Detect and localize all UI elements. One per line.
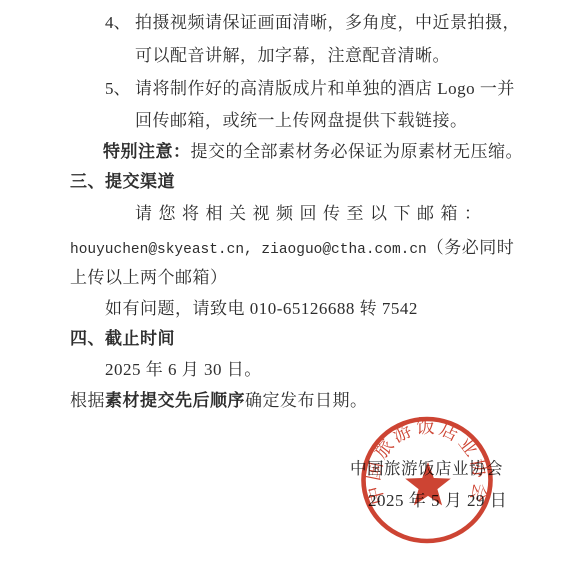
section-3-intro: 请您将相关视频回传至以下邮箱：	[135, 203, 488, 225]
special-note-line: 特别注意：提交的全部素材务必保证为原素材无压缩。	[103, 141, 523, 163]
phone-line: 如有问题，请致电 010-65126688 转 7542	[105, 298, 418, 320]
official-seal-stamp: 中国旅游饭店业协会	[354, 409, 504, 554]
list-item-5-text: 请将制作好的高清版成片和单独的酒店 Logo 一并	[135, 79, 515, 98]
list-item-4-line-2: 可以配音讲解，加字幕，注意配音清晰。	[135, 45, 450, 67]
email-note-open: （务必同时	[427, 238, 515, 257]
email-addresses: houyuchen@skyeast.cn, ziaoguo@ctha.com.c…	[70, 242, 427, 258]
document-page: 4、拍摄视频请保证画面清晰，多角度，中近景拍摄， 可以配音讲解，加字幕，注意配音…	[0, 0, 572, 563]
publish-note-bold: 素材提交先后顺序	[105, 391, 245, 410]
deadline-date: 2025 年 6 月 30 日。	[105, 359, 262, 381]
publish-note-suffix: 确定发布日期。	[245, 391, 368, 410]
seal-ring	[364, 419, 491, 541]
publish-order-note: 根据素材提交先后顺序确定发布日期。	[70, 390, 368, 412]
signature-organization: 中国旅游饭店业协会	[350, 458, 503, 480]
section-4-heading: 四、截止时间	[70, 328, 175, 350]
section-3-heading: 三、提交渠道	[70, 171, 175, 193]
list-item-4-line-1: 4、拍摄视频请保证画面清晰，多角度，中近景拍摄，	[105, 12, 520, 34]
email-note-continuation: 上传以上两个邮箱）	[70, 267, 228, 289]
list-number-5: 5、	[105, 78, 135, 100]
special-note-text: 提交的全部素材务必保证为原素材无压缩。	[191, 142, 524, 161]
list-item-4-text: 拍摄视频请保证画面清晰，多角度，中近景拍摄，	[135, 13, 520, 32]
list-number-4: 4、	[105, 12, 135, 34]
publish-note-prefix: 根据	[70, 391, 105, 410]
signature-date: 2025 年 5 月 29 日	[368, 490, 507, 512]
email-line: houyuchen@skyeast.cn, ziaoguo@ctha.com.c…	[70, 237, 514, 261]
list-item-5-line-1: 5、请将制作好的高清版成片和单独的酒店 Logo 一并	[105, 78, 515, 100]
special-note-label: 特别注意：	[103, 142, 191, 161]
list-item-5-line-2: 回传邮箱，或统一上传网盘提供下载链接。	[135, 110, 468, 132]
